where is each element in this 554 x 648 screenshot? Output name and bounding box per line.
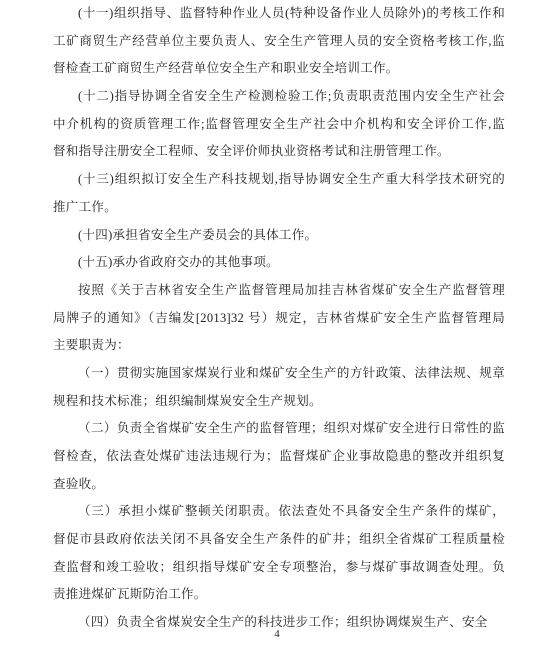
text-line: （二）负责全省煤矿安全生产的监督管理；组织对煤矿安全进行日常性的监 <box>53 415 505 443</box>
paragraph: 按照《关于吉林省安全生产监督管理局加挂吉林省煤矿安全生产监督管理局牌子的通知》（… <box>53 277 505 360</box>
text-line: 查监督和竣工验收；组织指导煤矿安全专项整治，参与煤矿事故调查处理。负 <box>53 554 505 582</box>
text-line: （一）贯彻实施国家煤炭行业和煤矿安全生产的方针政策、法律法规、规章 <box>53 360 505 388</box>
text-line: (十五)承办省政府交办的其他事项。 <box>53 249 505 277</box>
text-line: (十二)指导协调全省安全生产检测检验工作;负责职责范围内安全生产社会 <box>53 83 505 111</box>
paragraph: (十五)承办省政府交办的其他事项。 <box>53 249 505 277</box>
paragraph: （三）承担小煤矿整顿关闭职责。依法查处不具备安全生产条件的煤矿，督促市县政府依法… <box>53 498 505 609</box>
text-line: 主要职责为： <box>53 332 505 360</box>
document-body: (十一)组织指导、监督特种作业人员(特种设备作业人员除外)的考核工作和工矿商贸生… <box>53 0 505 637</box>
text-line: 局牌子的通知》（吉编发[2013]32 号）规定，吉林省煤矿安全生产监督管理局 <box>53 305 505 333</box>
text-line: 推广工作。 <box>53 194 505 222</box>
document-page: (十一)组织指导、监督特种作业人员(特种设备作业人员除外)的考核工作和工矿商贸生… <box>0 0 554 648</box>
paragraph: (十一)组织指导、监督特种作业人员(特种设备作业人员除外)的考核工作和工矿商贸生… <box>53 0 505 83</box>
text-line: (十一)组织指导、监督特种作业人员(特种设备作业人员除外)的考核工作和 <box>53 0 505 28</box>
text-line: 督检查，依法查处煤矿违法违规行为；监督煤矿企业事故隐患的整改并组织复 <box>53 443 505 471</box>
text-line: (十四)承担省安全生产委员会的具体工作。 <box>53 222 505 250</box>
text-line: 规程和技术标准；组织编制煤炭安全生产规划。 <box>53 388 505 416</box>
paragraph: (十二)指导协调全省安全生产检测检验工作;负责职责范围内安全生产社会中介机构的资… <box>53 83 505 166</box>
text-line: 督和指导注册安全工程师、安全评价师执业资格考试和注册管理工作。 <box>53 138 505 166</box>
page-number: 4 <box>274 628 280 640</box>
text-line: 责推进煤矿瓦斯防治工作。 <box>53 581 505 609</box>
page-footer: 4 <box>0 628 554 640</box>
text-line: 查验收。 <box>53 471 505 499</box>
text-line: (十三)组织拟订安全生产科技规划,指导协调安全生产重大科学技术研究的 <box>53 166 505 194</box>
paragraph: (十三)组织拟订安全生产科技规划,指导协调安全生产重大科学技术研究的推广工作。 <box>53 166 505 221</box>
paragraph: （二）负责全省煤矿安全生产的监督管理；组织对煤矿安全进行日常性的监督检查，依法查… <box>53 415 505 498</box>
text-line: （三）承担小煤矿整顿关闭职责。依法查处不具备安全生产条件的煤矿， <box>53 498 505 526</box>
paragraph: （一）贯彻实施国家煤炭行业和煤矿安全生产的方针政策、法律法规、规章规程和技术标准… <box>53 360 505 415</box>
text-line: 按照《关于吉林省安全生产监督管理局加挂吉林省煤矿安全生产监督管理 <box>53 277 505 305</box>
text-line: 工矿商贸生产经营单位主要负责人、安全生产管理人员的安全资格考核工作,监 <box>53 28 505 56</box>
paragraph: (十四)承担省安全生产委员会的具体工作。 <box>53 222 505 250</box>
text-line: 督促市县政府依法关闭不具备安全生产条件的矿井；组织全省煤矿工程质量检 <box>53 526 505 554</box>
text-line: 督检查工矿商贸生产经营单位安全生产和职业安全培训工作。 <box>53 55 505 83</box>
text-line: 中介机构的资质管理工作;监督管理安全生产社会中介机构和安全评价工作,监 <box>53 111 505 139</box>
